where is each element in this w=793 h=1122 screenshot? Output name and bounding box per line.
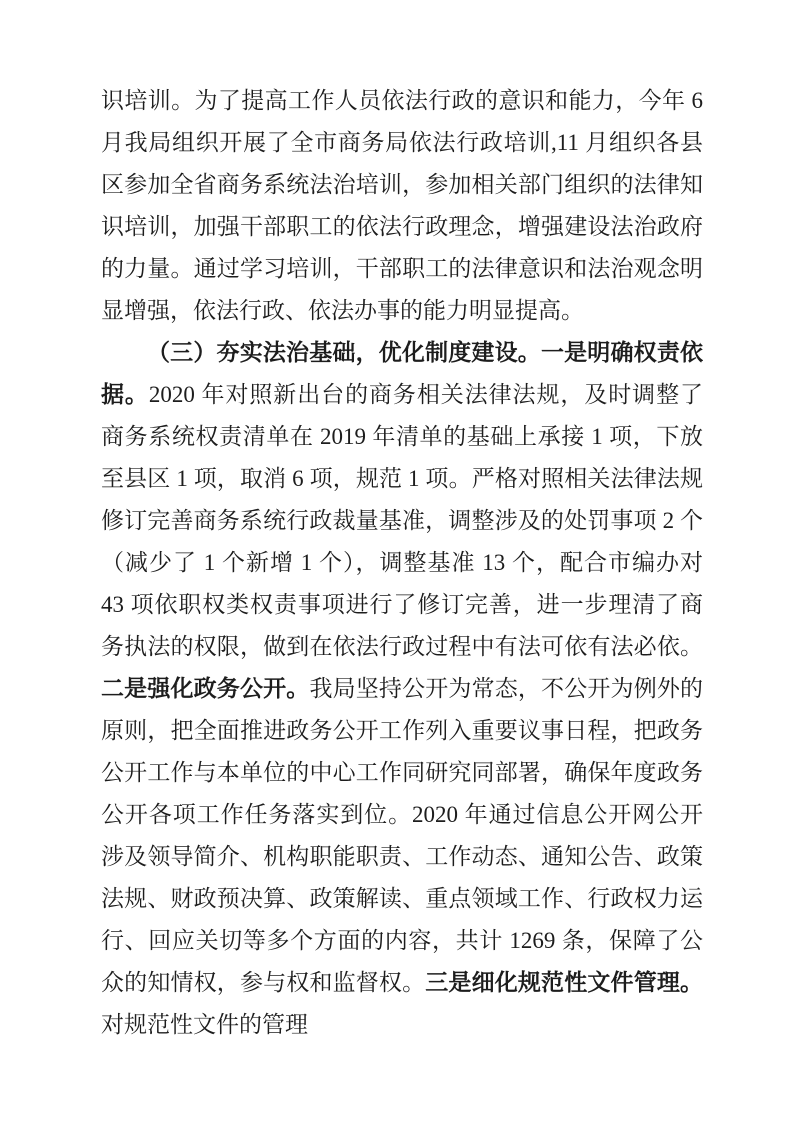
emphasis-run: 二是强化政务公开。 (101, 676, 309, 701)
text-run: 对规范性文件的管理 (101, 1012, 308, 1037)
document-page: 识培训。为了提高工作人员依法行政的意识和能力，今年 6 月我局组织开展了全市商务… (0, 0, 793, 1122)
document-body: 识培训。为了提高工作人员依法行政的意识和能力，今年 6 月我局组织开展了全市商务… (101, 80, 703, 1046)
text-run: 我局坚持公开为常态，不公开为例外的原则，把全面推进政务公开工作列入重要议事日程，… (101, 676, 703, 995)
paragraph: （三）夯实法治基础，优化制度建设。一是明确权责依据。2020 年对照新出台的商务… (101, 332, 703, 1046)
emphasis-run: 三是细化规范性文件管理。 (425, 970, 703, 995)
text-run: 识培训。为了提高工作人员依法行政的意识和能力，今年 6 月我局组织开展了全市商务… (101, 88, 703, 323)
paragraph: 识培训。为了提高工作人员依法行政的意识和能力，今年 6 月我局组织开展了全市商务… (101, 80, 703, 332)
text-run: 2020 年对照新出台的商务相关法律法规，及时调整了商务系统权责清单在 2019… (101, 382, 703, 659)
